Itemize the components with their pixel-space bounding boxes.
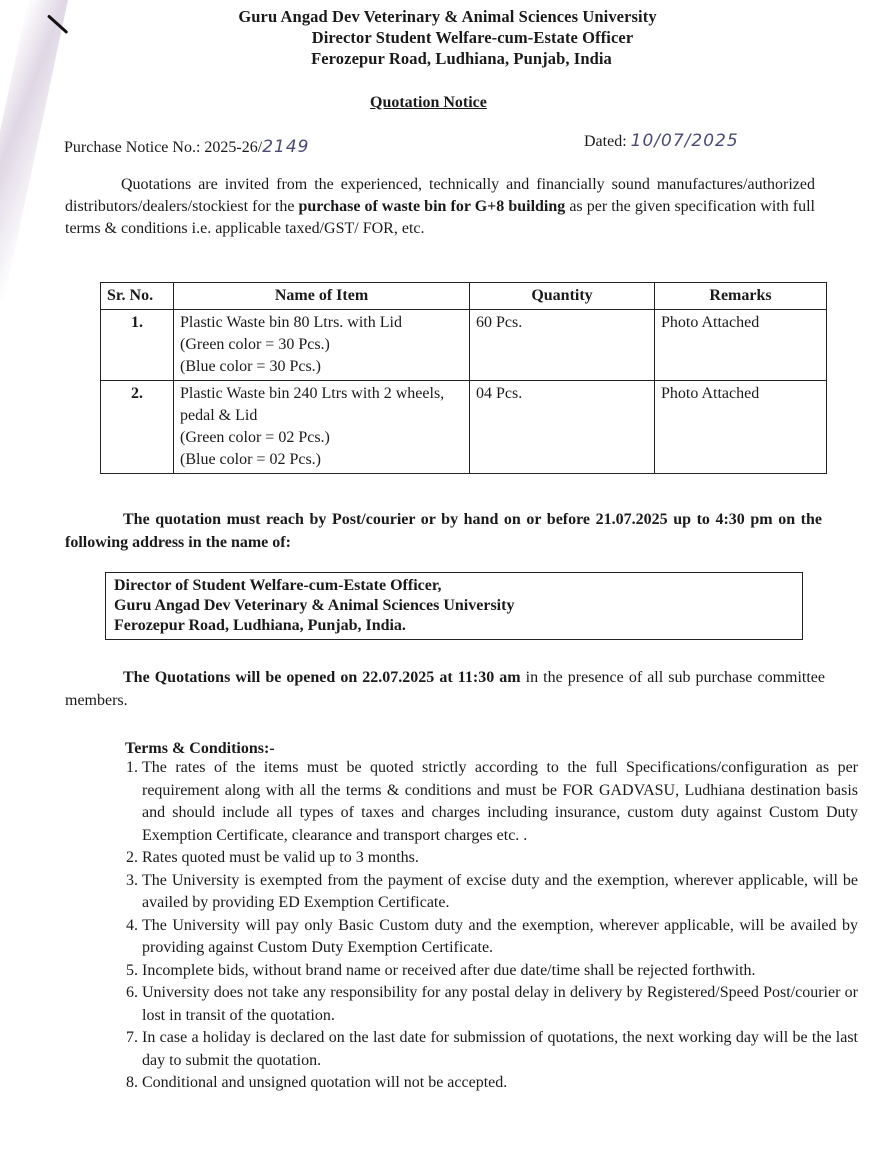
term-item: Conditional and unsigned quotation will … [142,1072,858,1095]
terms-list: The rates of the items must be quoted st… [112,757,858,1095]
cell-sr-no: 2. [101,381,174,474]
header-name-of-item: Name of Item [174,283,470,310]
notice-date: Dated: 10/07/2025 [584,131,739,151]
office-name: Director Student Welfare-cum-Estate Offi… [0,27,885,48]
cell-remarks: Photo Attached [655,310,827,381]
deadline-text: The quotation must reach by Post/courier… [65,511,822,551]
header-remarks: Remarks [655,283,827,310]
term-item: The University is exempted from the paym… [142,870,858,915]
table-row: 1.Plastic Waste bin 80 Ltrs. with Lid(Gr… [101,310,827,381]
header-quantity: Quantity [470,283,655,310]
term-item: Rates quoted must be valid up to 3 month… [142,847,858,870]
cell-sr-no: 1. [101,310,174,381]
intro-paragraph: Quotations are invited from the experien… [65,174,815,240]
item-name-line: (Green color = 30 Pcs.) [180,334,463,356]
handwritten-notice-number: 2149 [262,137,309,157]
term-item: In case a holiday is declared on the las… [142,1027,858,1072]
submission-deadline: The quotation must reach by Post/courier… [65,508,822,554]
terms-heading: Terms & Conditions:- [125,740,275,758]
submission-address-box: Director of Student Welfare-cum-Estate O… [105,572,803,640]
page-title: Quotation Notice [370,94,487,112]
header-sr-no: Sr. No. [101,283,174,310]
item-name-line: (Blue color = 02 Pcs.) [180,449,463,471]
cell-remarks: Photo Attached [655,381,827,474]
handwritten-date: 10/07/2025 [631,131,739,151]
cell-quantity: 60 Pcs. [470,310,655,381]
item-name-line: (Blue color = 30 Pcs.) [180,356,463,378]
table-header-row: Sr. No. Name of Item Quantity Remarks [101,283,827,310]
purchase-notice-label: Purchase Notice No.: 2025-26/ [64,139,262,156]
term-item: The University will pay only Basic Custo… [142,915,858,960]
address-line: Director of Student Welfare-cum-Estate O… [114,576,794,596]
university-name: Guru Angad Dev Veterinary & Animal Scien… [0,6,885,27]
item-name-line: (Green color = 02 Pcs.) [180,427,463,449]
letterhead: Guru Angad Dev Veterinary & Animal Scien… [0,6,885,69]
dated-label: Dated: [584,133,627,150]
office-address: Ferozepur Road, Ludhiana, Punjab, India [0,48,885,69]
term-item: University does not take any responsibil… [142,982,858,1027]
address-line: Ferozepur Road, Ludhiana, Punjab, India. [114,616,794,636]
cell-item-name: Plastic Waste bin 80 Ltrs. with Lid(Gree… [174,310,470,381]
intro-bold: purchase of waste bin for G+8 building [299,198,566,215]
cell-item-name: Plastic Waste bin 240 Ltrs with 2 wheels… [174,381,470,474]
items-table: Sr. No. Name of Item Quantity Remarks 1.… [100,282,827,474]
opening-date-bold: The Quotations will be opened on 22.07.2… [123,669,521,686]
cell-quantity: 04 Pcs. [470,381,655,474]
table-row: 2.Plastic Waste bin 240 Ltrs with 2 whee… [101,381,827,474]
purchase-notice-number: Purchase Notice No.: 2025-26/2149 [64,137,309,157]
term-item: Incomplete bids, without brand name or r… [142,960,858,983]
item-name-line: Plastic Waste bin 80 Ltrs. with Lid [180,312,463,334]
address-line: Guru Angad Dev Veterinary & Animal Scien… [114,596,794,616]
opening-notice: The Quotations will be opened on 22.07.2… [65,666,825,712]
item-name-line: Plastic Waste bin 240 Ltrs with 2 wheels… [180,383,463,427]
term-item: The rates of the items must be quoted st… [142,757,858,847]
